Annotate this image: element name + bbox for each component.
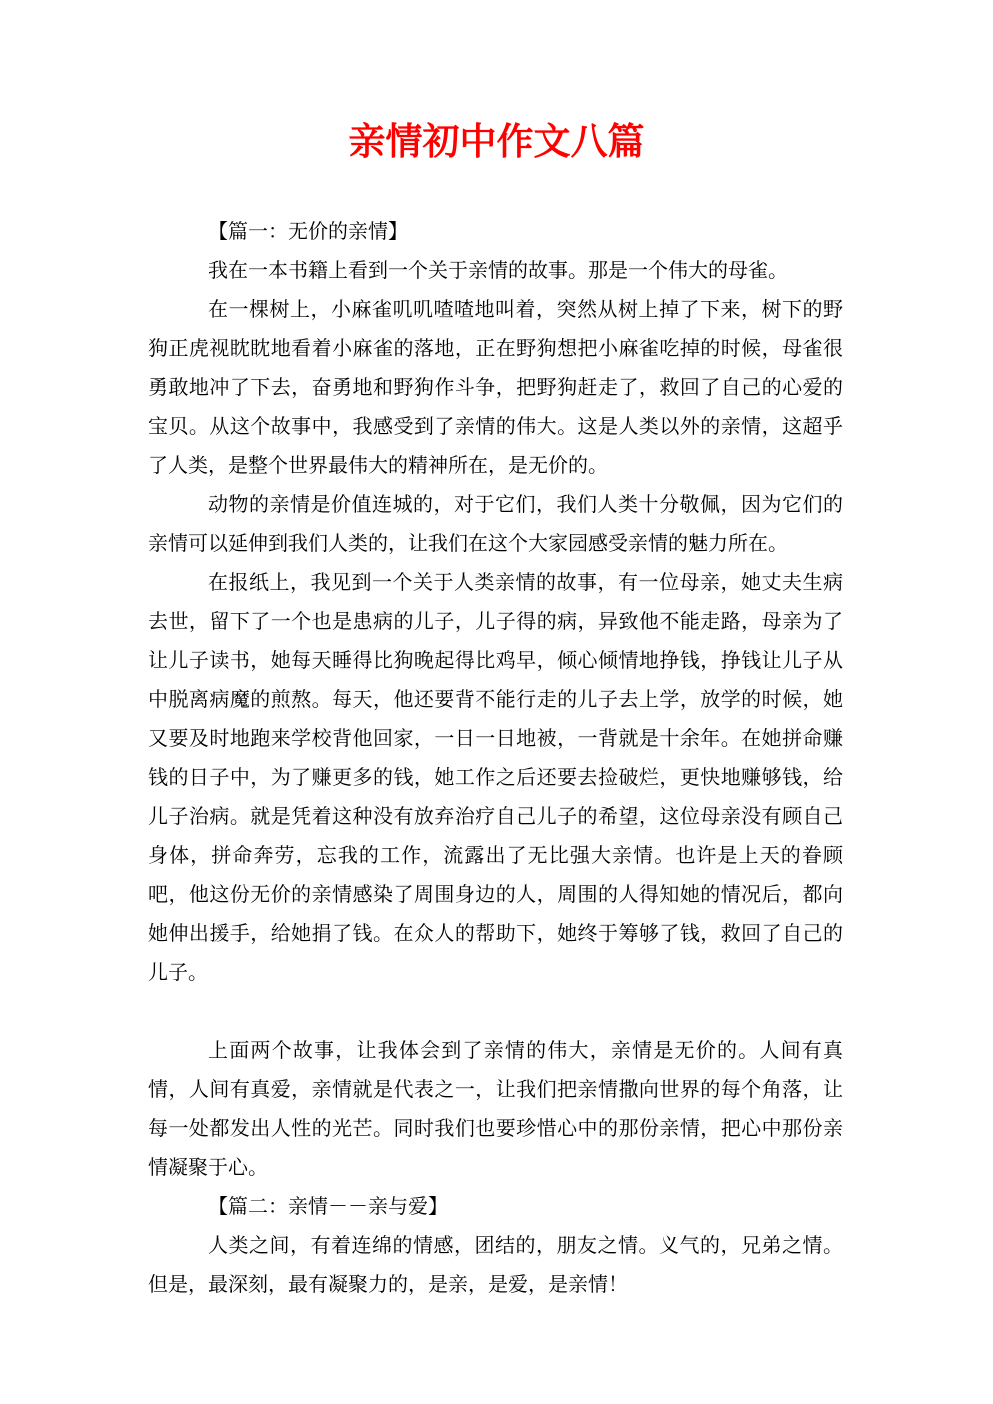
document-title: 亲情初中作文八篇 xyxy=(0,0,993,165)
essay2-heading: 【篇二：亲情－－亲与爱】 xyxy=(148,1188,843,1227)
essay1-paragraph-2: 在一棵树上，小麻雀叽叽喳喳地叫着，突然从树上掉了下来，树下的野狗正虎视眈眈地看着… xyxy=(148,291,843,486)
document-page: 亲情初中作文八篇 【篇一：无价的亲情】 我在一本书籍上看到一个关于亲情的故事。那… xyxy=(0,0,993,1404)
essay1-paragraph-3: 动物的亲情是价值连城的，对于它们，我们人类十分敬佩，因为它们的亲情可以延伸到我们… xyxy=(148,486,843,564)
essay1-paragraph-5: 上面两个故事，让我体会到了亲情的伟大，亲情是无价的。人间有真情，人间有真爱，亲情… xyxy=(148,1032,843,1188)
blank-line xyxy=(148,993,843,1032)
document-body: 【篇一：无价的亲情】 我在一本书籍上看到一个关于亲情的故事。那是一个伟大的母雀。… xyxy=(148,213,843,1305)
essay2-paragraph-1: 人类之间，有着连绵的情感，团结的，朋友之情。义气的，兄弟之情。但是，最深刻，最有… xyxy=(148,1227,843,1305)
essay1-paragraph-1: 我在一本书籍上看到一个关于亲情的故事。那是一个伟大的母雀。 xyxy=(148,252,843,291)
essay1-paragraph-4: 在报纸上，我见到一个关于人类亲情的故事，有一位母亲，她丈夫生病去世，留下了一个也… xyxy=(148,564,843,993)
essay1-heading: 【篇一：无价的亲情】 xyxy=(148,213,843,252)
